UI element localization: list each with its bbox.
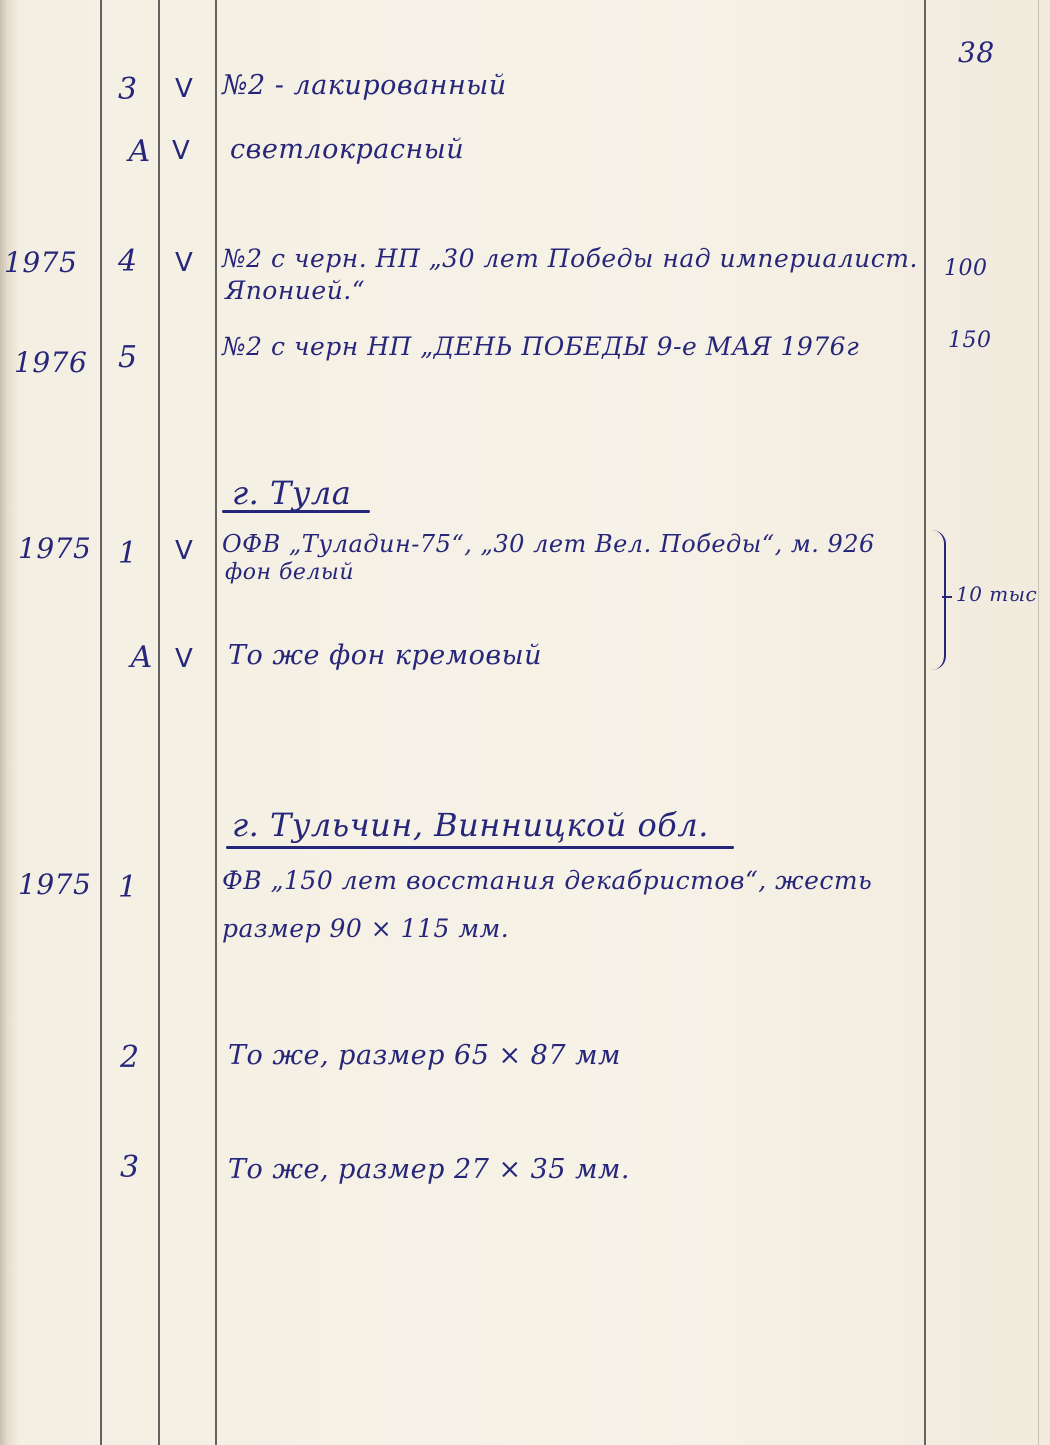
entry-description: №2 с черн. НП „30 лет Победы над империа… xyxy=(222,244,918,273)
check-mark: V xyxy=(172,136,190,166)
entry-description: №2 - лакированный xyxy=(222,70,507,101)
section-heading: г. Тульчин, Винницкой обл. xyxy=(232,806,709,844)
entry-description: ОФВ „Туладин-75“, „30 лет Вел. Победы“, … xyxy=(222,530,875,558)
entry-year: 1975 xyxy=(18,868,91,901)
entry-description: То же, размер 27 × 35 мм. xyxy=(228,1154,630,1185)
entry-description: ФВ „150 лет восстания декабристов“, жест… xyxy=(222,866,872,895)
entry-number: А xyxy=(130,640,153,675)
entry-quantity: 100 xyxy=(944,256,988,281)
column-line-year xyxy=(100,0,102,1445)
entry-description-cont: размер 90 × 115 мм. xyxy=(222,914,509,943)
page-edge-line xyxy=(1038,0,1039,1445)
entry-number: 5 xyxy=(118,340,138,375)
page-number: 38 xyxy=(958,36,995,69)
entry-number: 1 xyxy=(118,870,138,905)
heading-underline xyxy=(226,846,734,849)
entry-description-cont: Японией.“ xyxy=(225,276,365,305)
entry-year: 1975 xyxy=(18,532,91,565)
entry-number: 4 xyxy=(118,244,138,279)
entry-description: №2 с черн НП „ДЕНЬ ПОБЕДЫ 9-е МАЯ 1976г xyxy=(222,332,859,361)
entry-description: То же, размер 65 × 87 мм xyxy=(228,1040,621,1071)
column-line-check xyxy=(215,0,217,1445)
heading-underline xyxy=(222,510,370,513)
check-mark: V xyxy=(175,536,193,566)
entry-year: 1976 xyxy=(14,346,87,379)
group-brace xyxy=(930,530,946,670)
entry-number: 3 xyxy=(118,72,138,107)
entry-year: 1975 xyxy=(4,246,77,279)
notebook-page: 38 3 V №2 - лакированный А V светлокрасн… xyxy=(0,0,1050,1445)
entry-description: светлокрасный xyxy=(230,134,464,165)
entry-quantity: 150 xyxy=(948,328,992,353)
group-brace-tip xyxy=(942,596,952,598)
check-mark: V xyxy=(175,644,193,674)
entry-number: 2 xyxy=(120,1040,140,1075)
entry-description: То же фон кремовый xyxy=(228,640,542,671)
entry-number: 3 xyxy=(120,1150,140,1185)
section-heading: г. Тула xyxy=(232,474,351,512)
entry-number: 1 xyxy=(118,536,138,571)
entry-description-cont: фон белый xyxy=(225,560,354,585)
column-line-quantity xyxy=(924,0,926,1445)
entry-number: А xyxy=(128,134,151,169)
group-quantity: 10 тыс xyxy=(956,582,1037,606)
column-line-number xyxy=(158,0,160,1445)
check-mark: V xyxy=(175,248,193,278)
check-mark: V xyxy=(175,74,193,104)
